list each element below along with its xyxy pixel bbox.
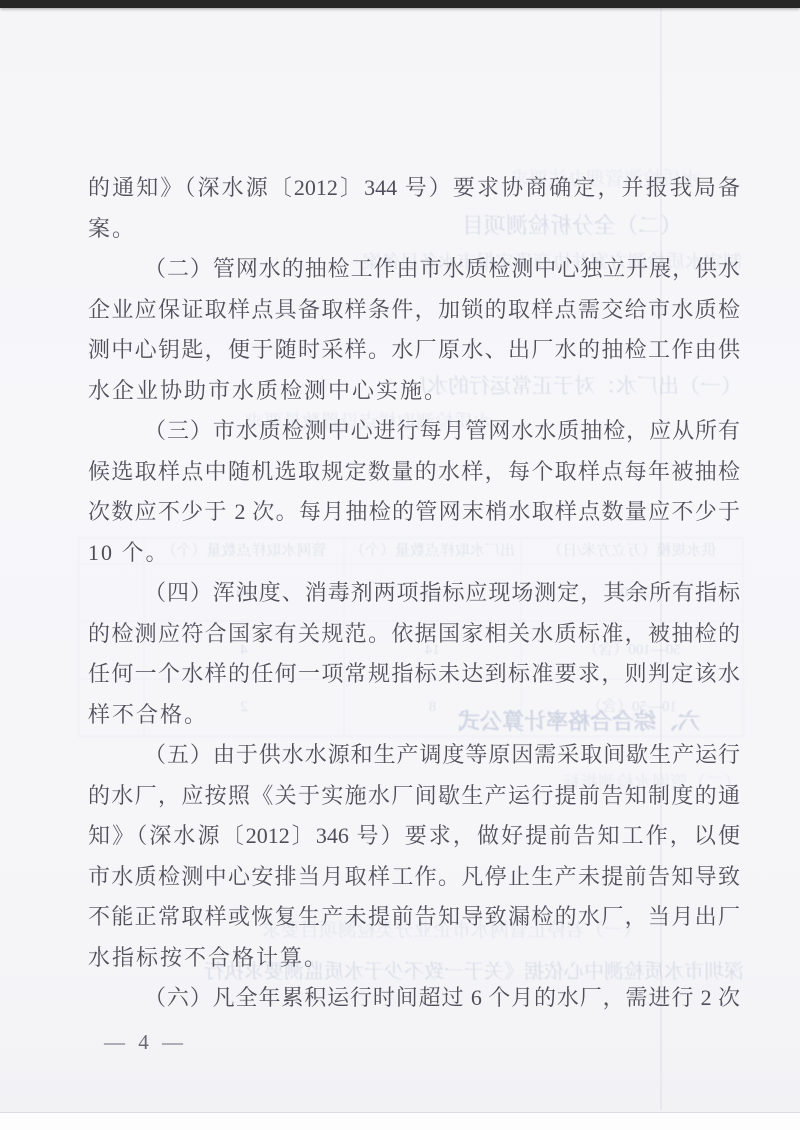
- text-line: 水企业协助市水质检测中心实施。: [88, 371, 740, 412]
- text-line: 知》（深水源〔2012〕346 号）要求，做好提前告知工作，以便: [88, 816, 740, 857]
- text-line: 市水质检测中心安排当月取样工作。凡停止生产未提前告知导致: [88, 857, 740, 898]
- text-line: （四）浑浊度、消毒剂两项指标应现场测定，其余所有指标: [88, 573, 740, 614]
- text-line: 案。: [88, 209, 740, 250]
- text-line: 水指标按不合格计算。: [88, 938, 740, 979]
- text-line: 的通知》（深水源〔2012〕344 号）要求协商确定，并报我局备: [88, 168, 740, 209]
- scan-strip-bottom: [0, 1112, 800, 1130]
- text-line: （三）市水质检测中心进行每月管网水水质抽检，应从所有: [88, 411, 740, 452]
- text-line: 企业应保证取样点具备取样条件，加锁的取样点需交给市水质检: [88, 290, 740, 331]
- text-line: （五）由于供水水源和生产调度等原因需采取间歇生产运行: [88, 735, 740, 776]
- text-line: 样不合格。: [88, 695, 740, 736]
- text-line: 不能正常取样或恢复生产未提前告知导致漏检的水厂，当月出厂: [88, 897, 740, 938]
- text-line: 10 个。: [88, 533, 740, 574]
- page-number: — 4 —: [104, 1030, 187, 1055]
- text-line: 测中心钥匙，便于随时采样。水厂原水、出厂水的抽检工作由供: [88, 330, 740, 371]
- text-line: 次数应不少于 2 次。每月抽检的管网末梢水取样点数量应不少于: [88, 492, 740, 533]
- text-line: 的检测应符合国家有关规范。依据国家相关水质标准，被抽检的: [88, 614, 740, 655]
- document-text-block: 的通知》（深水源〔2012〕344 号）要求协商确定，并报我局备案。（二）管网水…: [88, 168, 740, 1019]
- scan-edge-top: [0, 0, 800, 8]
- text-line: （六）凡全年累积运行时间超过 6 个月的水厂，需进行 2 次: [88, 978, 740, 1019]
- text-line: 候选取样点中随机选取规定数量的水样，每个取样点每年被抽检: [88, 452, 740, 493]
- text-line: （二）管网水的抽检工作由市水质检测中心独立开展，供水: [88, 249, 740, 290]
- text-line: 的水厂，应按照《关于实施水厂间歇生产运行提前告知制度的通: [88, 776, 740, 817]
- text-line: 任何一个水样的任何一项常规指标未达到标准要求，则判定该水: [88, 654, 740, 695]
